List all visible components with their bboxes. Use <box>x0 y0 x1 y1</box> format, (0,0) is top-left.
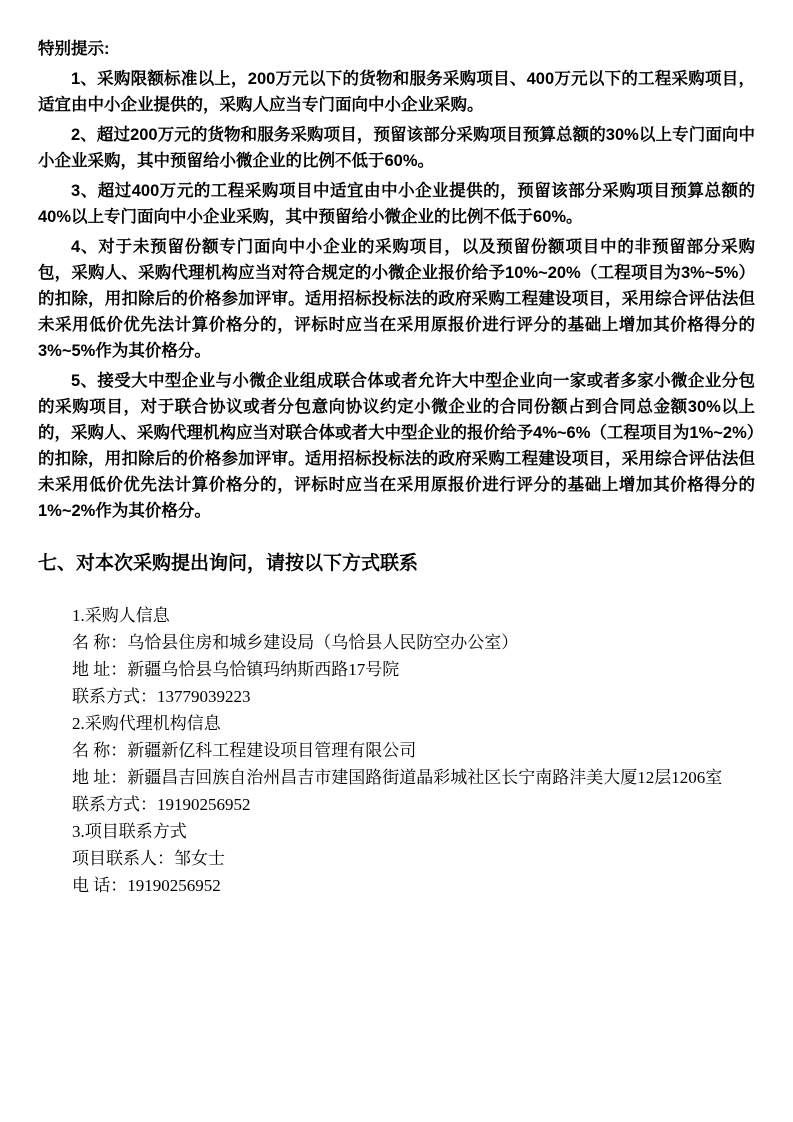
agency-name: 名 称：新疆新亿科工程建设项目管理有限公司 <box>38 737 755 764</box>
agency-phone: 联系方式：19190256952 <box>38 791 755 818</box>
project-phone: 电 话：19190256952 <box>38 872 755 899</box>
notice-paragraph-5: 5、接受大中型企业与小微企业组成联合体或者允许大中型企业向一家或者多家小微企业分… <box>38 368 755 524</box>
notice-paragraph-2: 2、超过200万元的货物和服务采购项目，预留该部分采购项目预算总额的30%以上专… <box>38 122 755 174</box>
project-contact-person: 项目联系人：邹女士 <box>38 845 755 872</box>
section-heading-inquiry-contact: 七、对本次采购提出询问，请按以下方式联系 <box>38 550 755 578</box>
purchaser-info-header: 1.采购人信息 <box>38 602 755 629</box>
contact-info-block: 1.采购人信息 名 称：乌恰县住房和城乡建设局（乌恰县人民防空办公室） 地 址：… <box>38 602 755 899</box>
document-page: 特别提示: 1、采购限额标准以上，200万元以下的货物和服务采购项目、400万元… <box>0 0 793 1122</box>
special-notice-label: 特别提示: <box>38 36 755 62</box>
agency-info-header: 2.采购代理机构信息 <box>38 710 755 737</box>
purchaser-name: 名 称：乌恰县住房和城乡建设局（乌恰县人民防空办公室） <box>38 629 755 656</box>
purchaser-phone: 联系方式：13779039223 <box>38 683 755 710</box>
notice-paragraph-4: 4、对于未预留份额专门面向中小企业的采购项目，以及预留份额项目中的非预留部分采购… <box>38 234 755 364</box>
notice-paragraph-1: 1、采购限额标准以上，200万元以下的货物和服务采购项目、400万元以下的工程采… <box>38 66 755 118</box>
agency-address: 地 址：新疆昌吉回族自治州昌吉市建国路街道晶彩城社区长宁南路沣美大厦12层120… <box>38 764 755 791</box>
purchaser-address: 地 址：新疆乌恰县乌恰镇玛纳斯西路17号院 <box>38 656 755 683</box>
project-contact-header: 3.项目联系方式 <box>38 818 755 845</box>
notice-paragraph-3: 3、超过400万元的工程采购项目中适宜由中小企业提供的，预留该部分采购项目预算总… <box>38 178 755 230</box>
